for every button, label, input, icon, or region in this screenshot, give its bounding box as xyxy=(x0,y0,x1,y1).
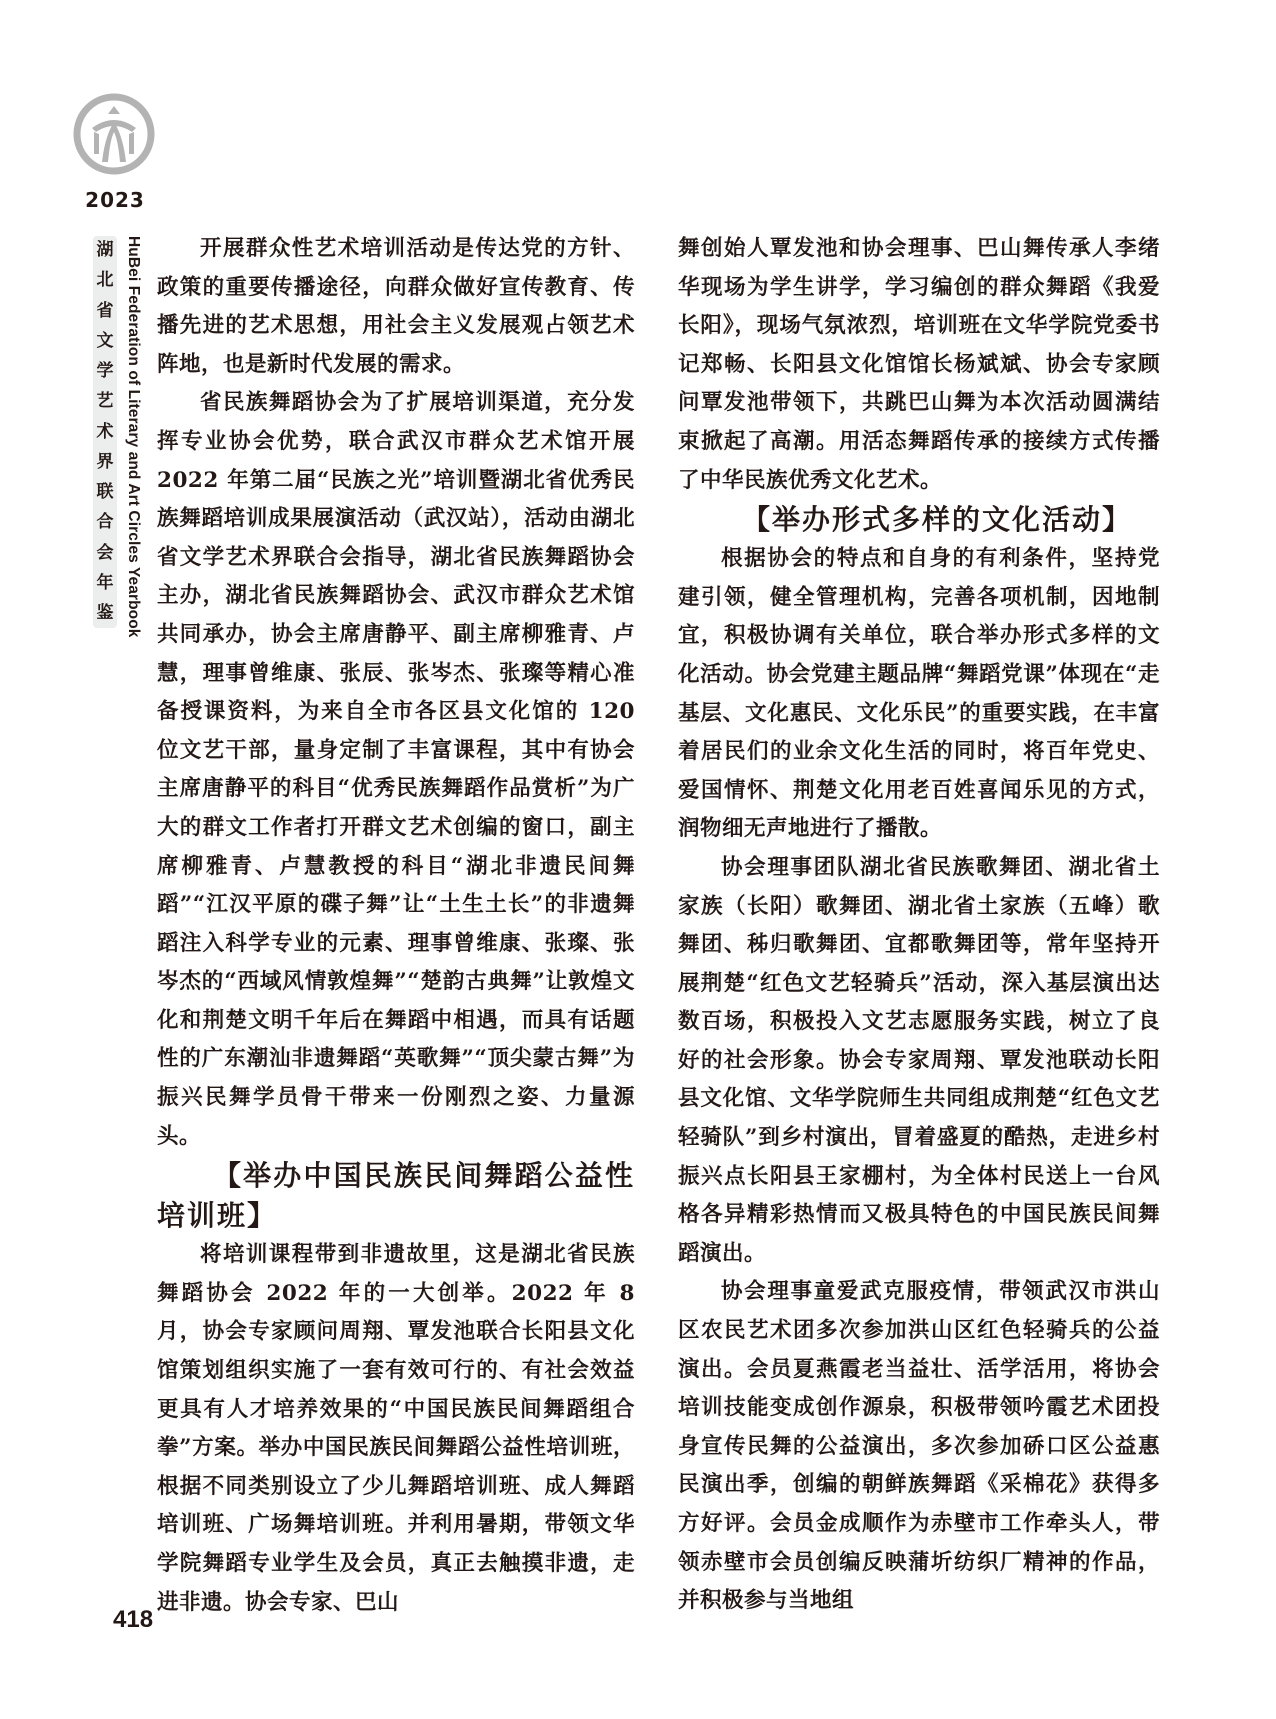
spine-char: 北 xyxy=(97,272,114,289)
spine-char: 鉴 xyxy=(97,605,114,622)
section-heading: 【举办形式多样的文化活动】 xyxy=(678,500,1160,540)
spine-title-chinese: 湖 北 省 文 学 艺 术 界 联 合 会 年 鉴 xyxy=(93,236,117,628)
spine-char: 学 xyxy=(97,363,114,380)
spine-char: 文 xyxy=(97,333,114,350)
spine-char: 界 xyxy=(97,454,114,471)
paragraph: 将培训课程带到非遗故里，这是湖北省民族舞蹈协会 2022 年的一大创举。2022… xyxy=(157,1236,635,1622)
paragraph: 省民族舞蹈协会为了扩展培训渠道，充分发挥专业协会优势，联合武汉市群众艺术馆开展 … xyxy=(157,384,635,1156)
right-column: 舞创始人覃发池和协会理事、巴山舞传承人李绪华现场为学生讲学，学习编创的群众舞蹈《… xyxy=(678,230,1160,1621)
spine-char: 湖 xyxy=(97,242,114,259)
spine-char: 年 xyxy=(97,575,114,592)
page-number: 418 xyxy=(113,1606,153,1634)
spine-char: 会 xyxy=(97,545,114,562)
paragraph: 开展群众性艺术培训活动是传达党的方针、政策的重要传播途径，向群众做好宣传教育、传… xyxy=(157,230,635,384)
paragraph-continued: 舞创始人覃发池和协会理事、巴山舞传承人李绪华现场为学生讲学，学习编创的群众舞蹈《… xyxy=(678,230,1160,500)
left-column: 开展群众性艺术培训活动是传达党的方针、政策的重要传播途径，向群众做好宣传教育、传… xyxy=(157,230,635,1622)
yearbook-emblem-icon xyxy=(72,92,156,176)
spine-char: 省 xyxy=(97,303,114,320)
spine-char: 联 xyxy=(97,484,114,501)
spine-title-english: HuBei Federation of Literary and Art Cir… xyxy=(122,236,142,628)
section-heading: 【举办中国民族民间舞蹈公益性培训班】 xyxy=(157,1156,635,1236)
spine-char: 术 xyxy=(97,424,114,441)
spine-char: 合 xyxy=(97,514,114,531)
paragraph: 协会理事童爱武克服疫情，带领武汉市洪山区农民艺术团多次参加洪山区红色轻骑兵的公益… xyxy=(678,1273,1160,1620)
spine-char: 艺 xyxy=(97,393,114,410)
paragraph: 根据协会的特点和自身的有利条件，坚持党建引领，健全管理机构，完善各项机制，因地制… xyxy=(678,540,1160,849)
paragraph: 协会理事团队湖北省民族歌舞团、湖北省土家族（长阳）歌舞团、湖北省土家族（五峰）歌… xyxy=(678,849,1160,1274)
yearbook-year: 2023 xyxy=(70,188,160,212)
